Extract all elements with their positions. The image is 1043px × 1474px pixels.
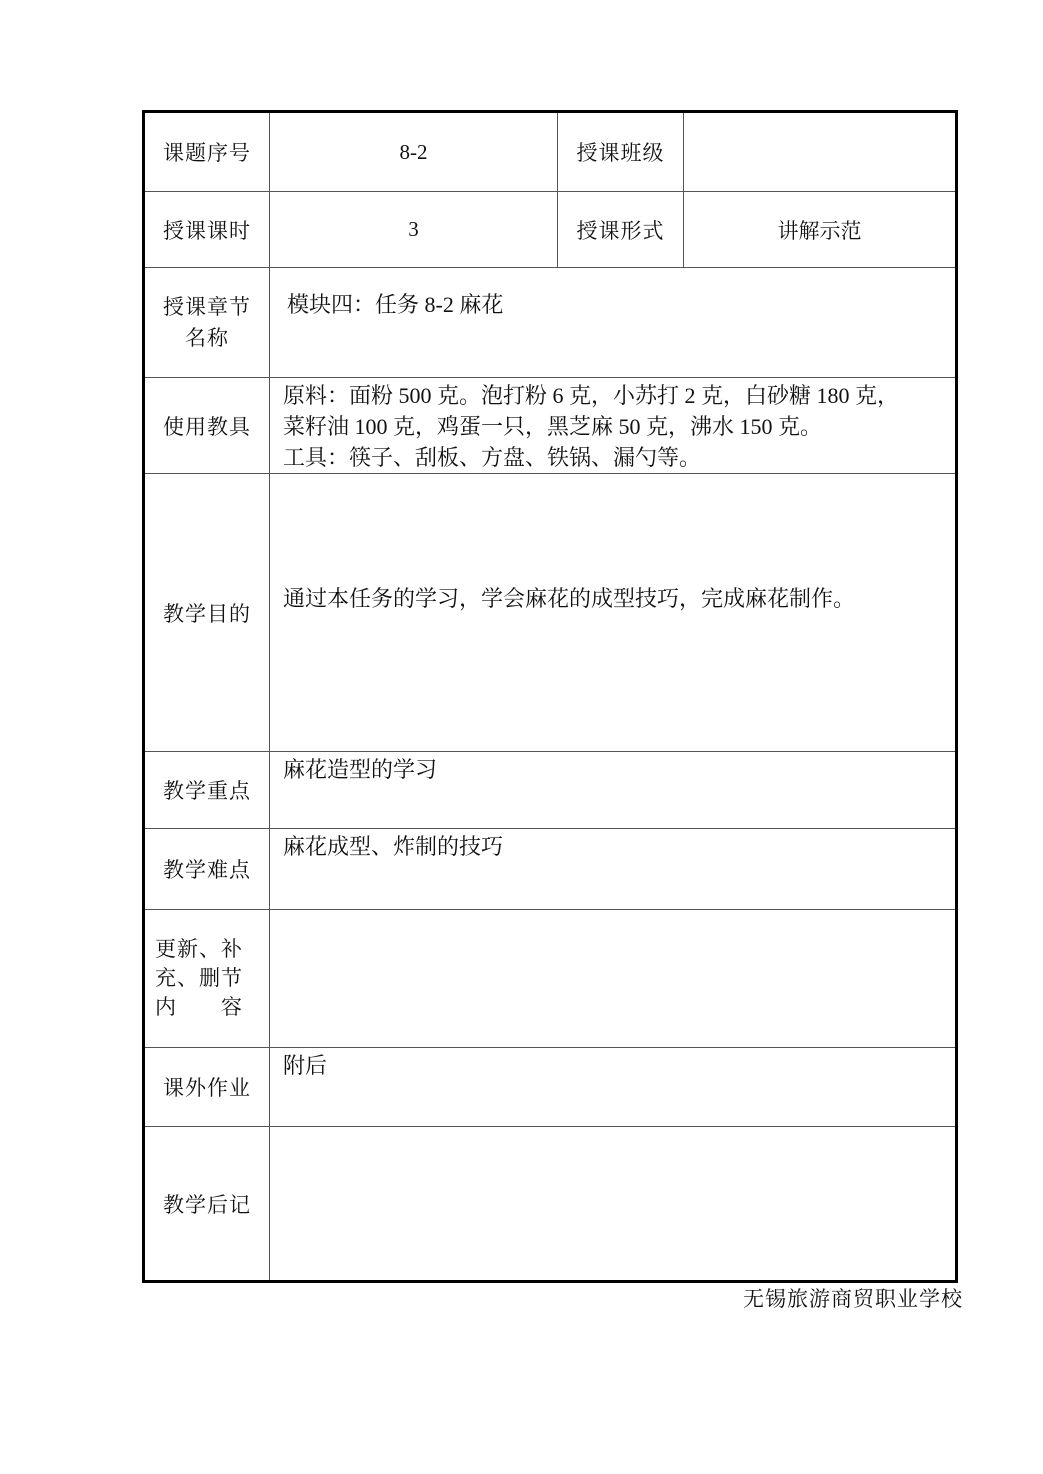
row-class-hours: 授课课时 3 授课形式 讲解示范 [144,192,957,268]
row-teaching-notes: 教学后记 [144,1127,957,1282]
teaching-aids-label: 使用教具 [144,378,270,474]
teaching-difficulty-label: 教学难点 [144,829,270,910]
teaching-notes-content [270,1127,957,1282]
update-supplement-label: 更新、补 充、删节 内 容 [144,910,270,1048]
teaching-key-point-content: 麻花造型的学习 [270,752,957,829]
row-teaching-objective: 教学目的 通过本任务的学习，学会麻花的成型技巧，完成麻花制作。 [144,474,957,752]
homework-content: 附后 [270,1048,957,1127]
row-topic-number: 课题序号 8-2 授课班级 [144,112,957,192]
lesson-plan-table: 课题序号 8-2 授课班级 授课课时 3 授课形式 讲解示范 授课章节 名称 模… [142,110,958,1283]
chapter-name-label-line1: 授课章节 [151,292,263,323]
chapter-name-content: 模块四：任务 8-2 麻花 [270,268,957,378]
teaching-class-value [684,112,957,192]
row-chapter-name: 授课章节 名称 模块四：任务 8-2 麻花 [144,268,957,378]
teaching-class-label: 授课班级 [558,112,684,192]
teaching-form-label: 授课形式 [558,192,684,268]
teaching-difficulty-content: 麻花成型、炸制的技巧 [270,829,957,910]
class-hours-label: 授课课时 [144,192,270,268]
homework-label: 课外作业 [144,1048,270,1127]
teaching-aids-line1: 原料：面粉 500 克。泡打粉 6 克，小苏打 2 克，白砂糖 180 克， [283,380,943,411]
row-teaching-aids: 使用教具 原料：面粉 500 克。泡打粉 6 克，小苏打 2 克，白砂糖 180… [144,378,957,474]
topic-number-value: 8-2 [270,112,558,192]
update-supplement-label-line3: 内 容 [155,993,263,1022]
school-name-footer: 无锡旅游商贸职业学校 [743,1283,963,1313]
row-teaching-key-point: 教学重点 麻花造型的学习 [144,752,957,829]
chapter-name-label: 授课章节 名称 [144,268,270,378]
teaching-form-value: 讲解示范 [684,192,957,268]
teaching-aids-line2: 菜籽油 100 克，鸡蛋一只，黑芝麻 50 克，沸水 150 克。 [283,411,943,442]
row-update-supplement: 更新、补 充、删节 内 容 [144,910,957,1048]
teaching-aids-content: 原料：面粉 500 克。泡打粉 6 克，小苏打 2 克，白砂糖 180 克， 菜… [270,378,957,474]
document-page: 课题序号 8-2 授课班级 授课课时 3 授课形式 讲解示范 授课章节 名称 模… [0,0,1043,1474]
row-teaching-difficulty: 教学难点 麻花成型、炸制的技巧 [144,829,957,910]
update-supplement-label-line1: 更新、补 [155,935,263,964]
teaching-notes-label: 教学后记 [144,1127,270,1282]
teaching-aids-line3: 工具：筷子、刮板、方盘、铁锅、漏勺等。 [283,442,943,473]
teaching-objective-label: 教学目的 [144,474,270,752]
teaching-objective-content: 通过本任务的学习，学会麻花的成型技巧，完成麻花制作。 [270,474,957,752]
class-hours-value: 3 [270,192,558,268]
update-supplement-label-line2: 充、删节 [155,964,263,993]
row-homework: 课外作业 附后 [144,1048,957,1127]
update-supplement-content [270,910,957,1048]
teaching-key-point-label: 教学重点 [144,752,270,829]
topic-number-label: 课题序号 [144,112,270,192]
chapter-name-label-line2: 名称 [151,323,263,354]
